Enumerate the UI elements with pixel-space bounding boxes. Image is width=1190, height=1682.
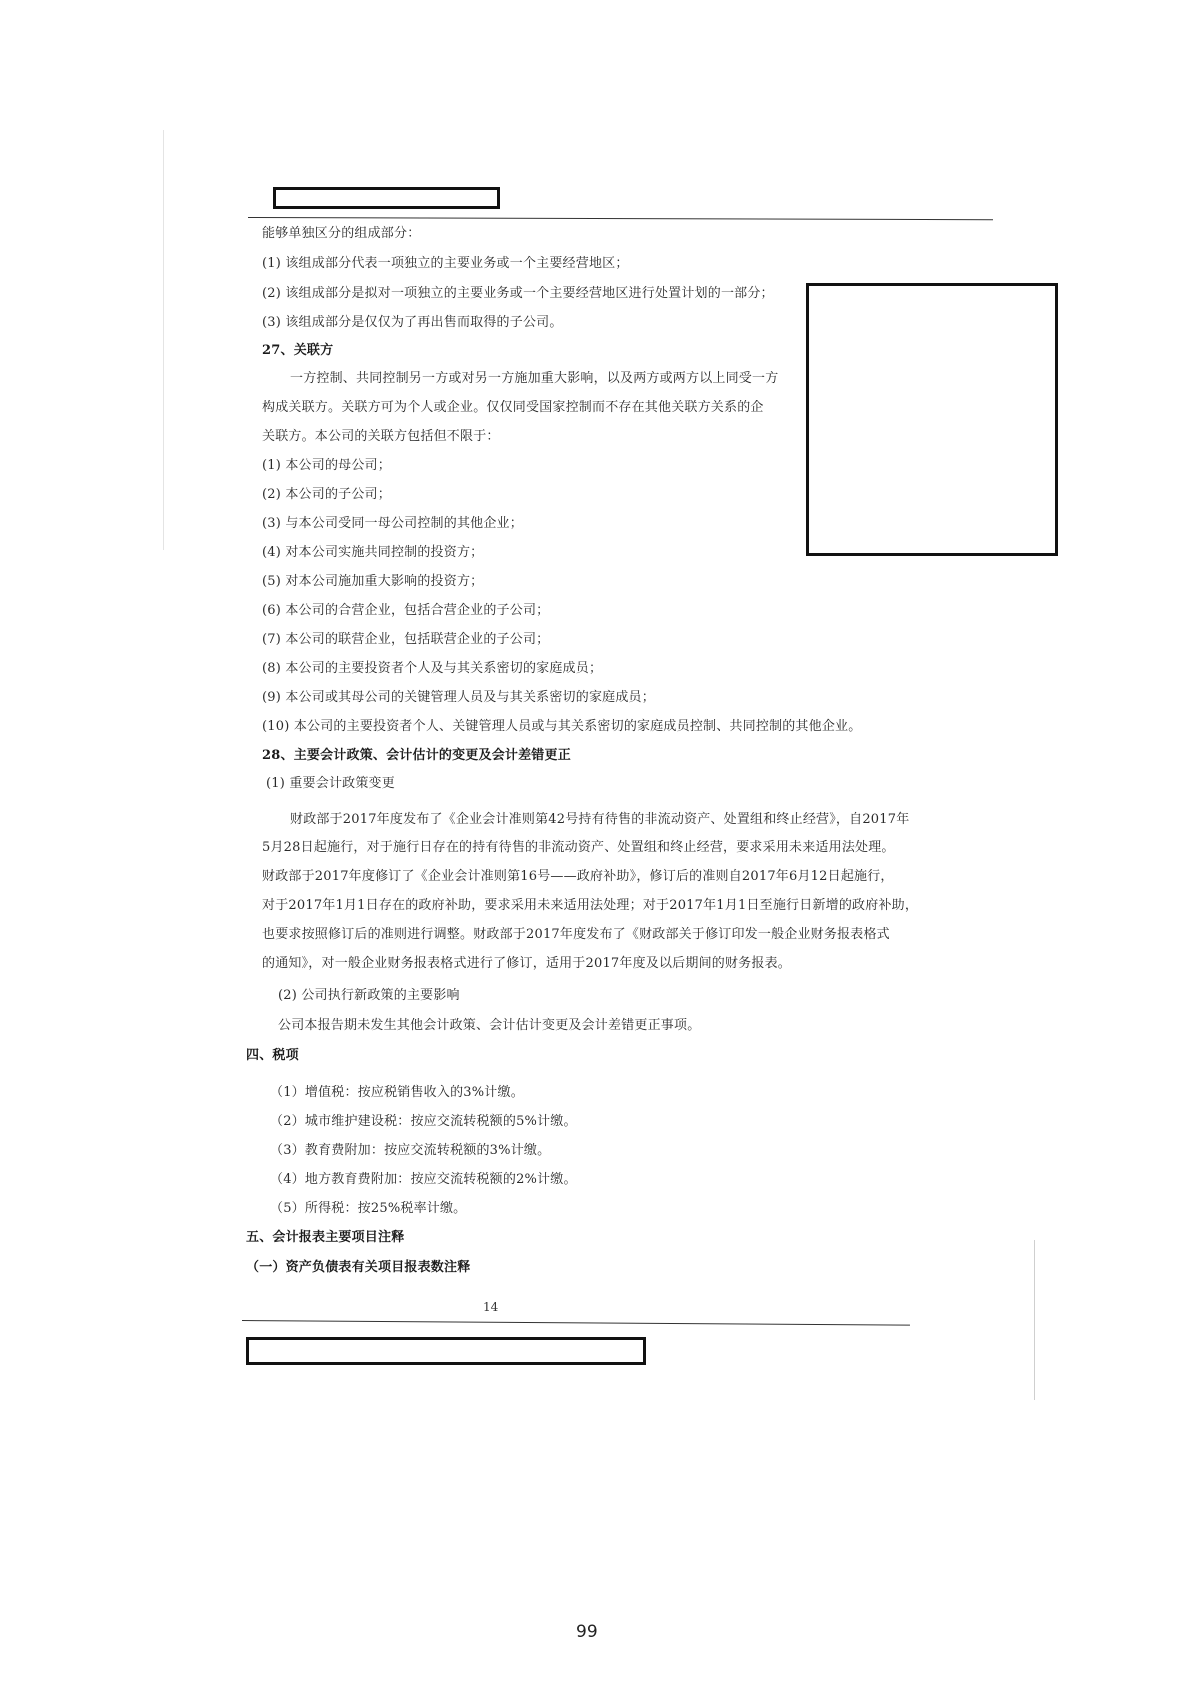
section-28-paragraph: 的通知》，对一般企业财务报表格式进行了修订，适用于2017年度及以后期间的财务报…: [262, 956, 791, 972]
related-party-item: (4) 对本公司实施共同控制的投资方；: [262, 545, 483, 561]
header-rule: [248, 217, 993, 220]
section-28-paragraph: 对于2017年1月1日存在的政府补助，要求采用未来适用法处理；对于2017年1月…: [262, 898, 918, 914]
section-28-paragraph: 也要求按照修订后的准则进行调整。财政部于2017年度发布了《财政部关于修订印发一…: [262, 927, 890, 943]
section-4-heading: 四、税项: [246, 1048, 299, 1064]
related-party-item: (7) 本公司的联营企业，包括联营企业的子公司；: [262, 632, 549, 648]
section-28-paragraph: 5月28日起施行，对于施行日存在的持有待售的非流动资产、处置组和终止经营，要求采…: [262, 840, 895, 856]
section-27-paragraph: 构成关联方。关联方可为个人或企业。仅仅同受国家控制而不存在其他关联方关系的企: [262, 400, 804, 416]
section-28-paragraph: 财政部于2017年度发布了《企业会计准则第42号持有待售的非流动资产、处置组和终…: [290, 812, 909, 828]
related-party-item: (8) 本公司的主要投资者个人及与其关系密切的家庭成员；: [262, 661, 602, 677]
section-28-heading: 28、主要会计政策、会计估计的变更及会计差错更正: [262, 748, 571, 764]
section-28-paragraph: 财政部于2017年度修订了《企业会计准则第16号——政府补助》，修订后的准则自2…: [262, 869, 894, 885]
related-party-item: (6) 本公司的合营企业，包括合营企业的子公司；: [262, 603, 549, 619]
related-party-item: (1) 本公司的母公司；: [262, 458, 391, 474]
section-27-heading: 27、关联方: [262, 343, 333, 359]
footer-rule: [242, 1320, 910, 1326]
tax-item: （1）增值税：按应税销售收入的3%计缴。: [270, 1085, 524, 1101]
intro-text: 能够单独区分的组成部分：: [262, 226, 420, 242]
scan-edge-right: [1034, 1240, 1035, 1400]
section-28-sub2: (2) 公司执行新政策的主要影响: [278, 988, 460, 1004]
section-5-subheading: （一）资产负债表有关项目报表数注释: [246, 1260, 470, 1276]
section-27-paragraph: 一方控制、共同控制另一方或对另一方施加重大影响，以及两方或两方以上同受一方: [290, 371, 804, 387]
inner-page-number: 14: [483, 1300, 498, 1314]
related-party-item: (5) 对本公司施加重大影响的投资方；: [262, 574, 483, 590]
component-item: (2) 该组成部分是拟对一项独立的主要业务或一个主要经营地区进行处置计划的一部分…: [262, 286, 774, 302]
side-redaction-box: [806, 283, 1058, 556]
tax-item: （2）城市维护建设税：按应交流转税额的5%计缴。: [270, 1114, 577, 1130]
page-number: 99: [576, 1622, 598, 1642]
section-27-paragraph: 关联方。本公司的关联方包括但不限于：: [262, 429, 500, 445]
section-28-sub2-text: 公司本报告期未发生其他会计政策、会计估计变更及会计差错更正事项。: [278, 1018, 700, 1034]
related-party-item: (2) 本公司的子公司；: [262, 487, 391, 503]
component-item: (3) 该组成部分是仅仅为了再出售而取得的子公司。: [262, 315, 563, 331]
section-5-heading: 五、会计报表主要项目注释: [246, 1230, 404, 1246]
related-party-item: (3) 与本公司受同一母公司控制的其他企业；: [262, 516, 523, 532]
tax-item: （3）教育费附加：按应交流转税额的3%计缴。: [270, 1143, 550, 1159]
related-party-item: (10) 本公司的主要投资者个人、关键管理人员或与其关系密切的家庭成员控制、共同…: [262, 719, 861, 735]
tax-item: （5）所得税：按25%税率计缴。: [270, 1201, 466, 1217]
header-redaction-box: [273, 187, 500, 209]
section-28-sub1: (1) 重要会计政策变更: [266, 776, 395, 792]
scan-edge-left: [163, 130, 164, 550]
component-item: (1) 该组成部分代表一项独立的主要业务或一个主要经营地区；: [262, 256, 629, 272]
tax-item: （4）地方教育费附加：按应交流转税额的2%计缴。: [270, 1172, 577, 1188]
related-party-item: (9) 本公司或其母公司的关键管理人员及与其关系密切的家庭成员；: [262, 690, 655, 706]
footer-redaction-box: [246, 1337, 646, 1365]
